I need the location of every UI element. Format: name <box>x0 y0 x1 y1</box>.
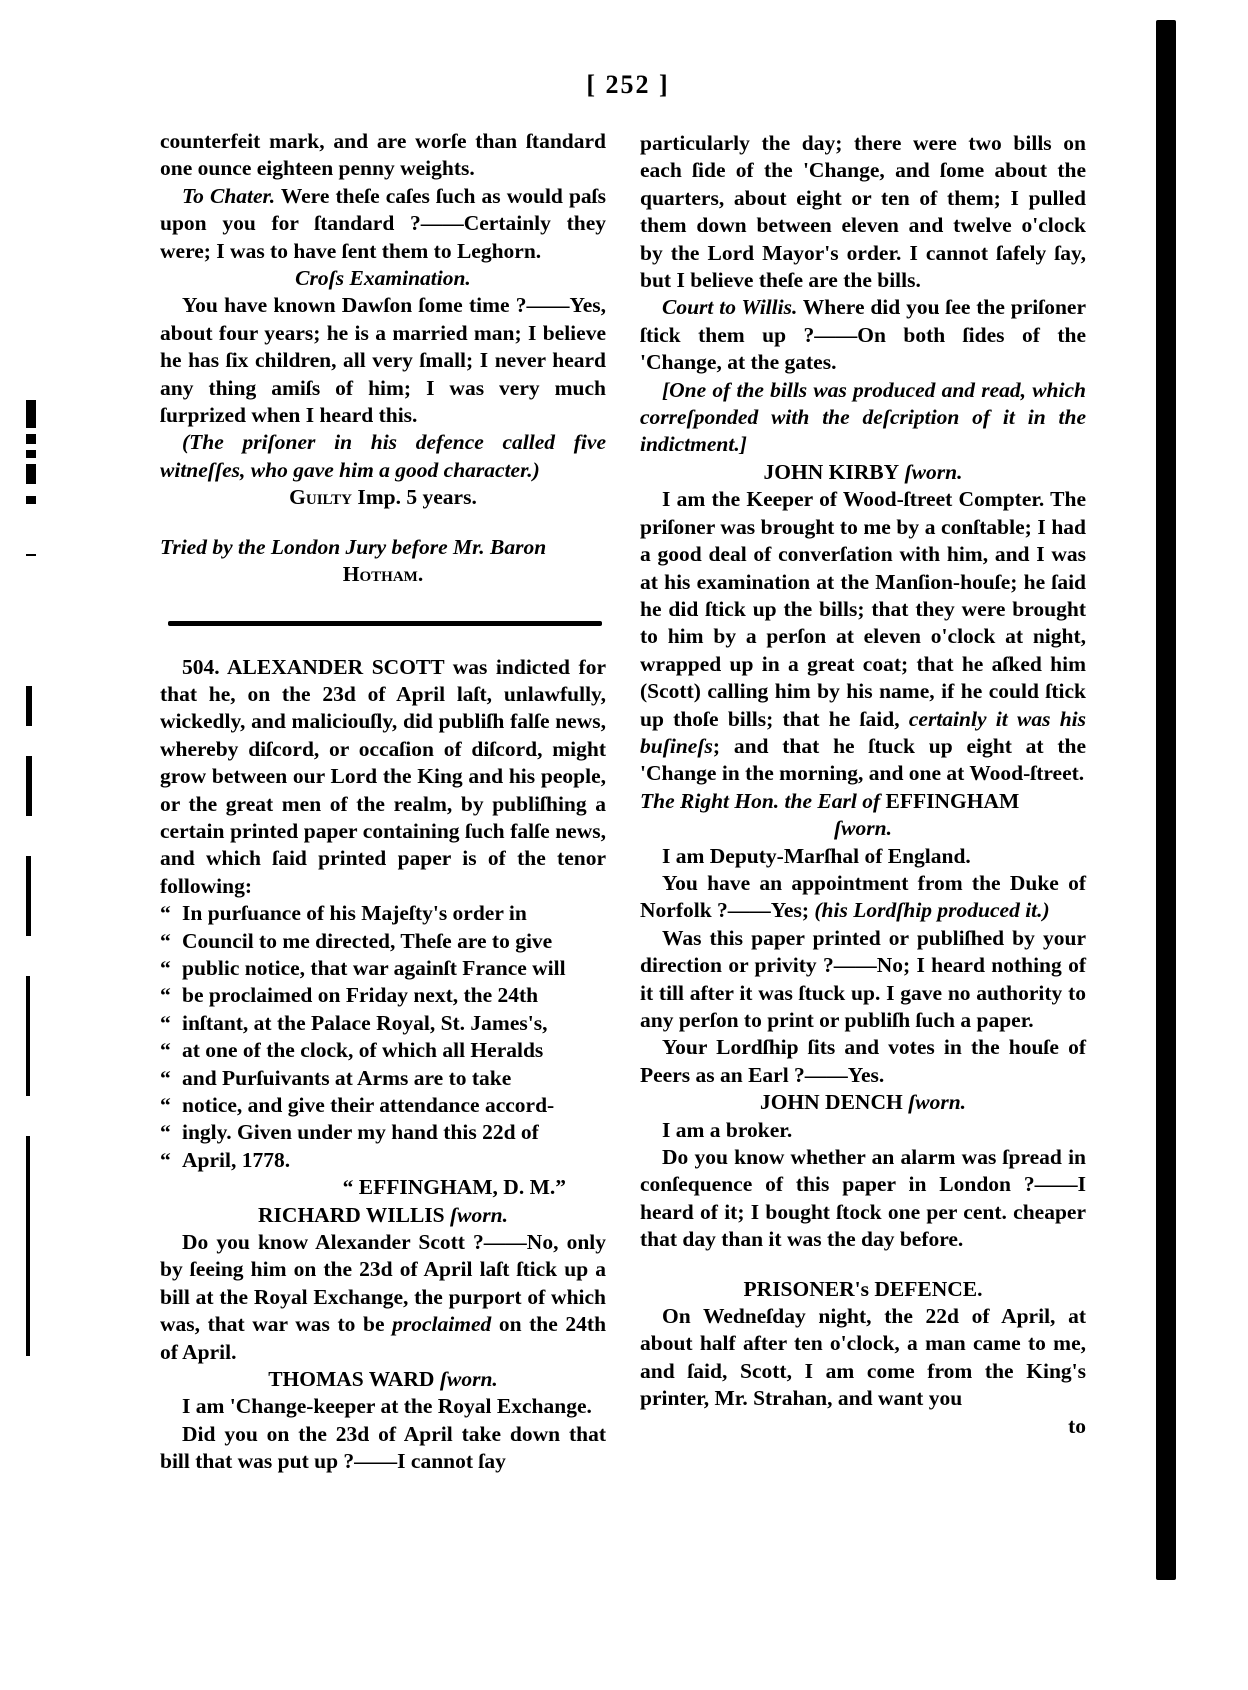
witness-heading-dench: JOHN DENCH ſworn. <box>640 1089 1086 1116</box>
paragraph-dench-2: Do you know whether an alarm was ſpread … <box>640 1144 1086 1254</box>
paragraph-effingham-2: You have an appointment from the Duke of… <box>640 870 1086 925</box>
verdict-guilty: Guilty <box>289 485 352 509</box>
paragraph-court-to-willis: Court to Willis. Where did you ſee the p… <box>640 294 1086 376</box>
paragraph-effingham-3: Was this paper printed or publiſhed by y… <box>640 925 1086 1035</box>
quote-line: “be proclaimed on Friday next, the 24th <box>160 982 606 1009</box>
paragraph-bill-produced: [One of the bills was produced and read,… <box>640 377 1086 459</box>
quote-line: “inſtant, at the Palace Royal, St. James… <box>160 1010 606 1037</box>
quote-line: “notice, and give their attendance accor… <box>160 1092 606 1119</box>
quote-line: “public notice, that war againſt France … <box>160 955 606 982</box>
prisoners-defence-heading: PRISONER's DEFENCE. <box>640 1276 1086 1303</box>
left-column: counterfeit mark, and are worſe than ſta… <box>160 128 606 1476</box>
paragraph-witnesses: (The priſoner in his defence called five… <box>160 429 606 484</box>
witness-heading-kirby: JOHN KIRBY ſworn. <box>640 459 1086 486</box>
quoted-proclamation: “In purſuance of his Majeſty's order in … <box>160 900 606 1174</box>
paragraph-ward-1: I am 'Change-keeper at the Royal Exchang… <box>160 1393 606 1420</box>
paragraph-ward-2: Did you on the 23d of April take down th… <box>160 1421 606 1476</box>
paragraph-effingham-4: Your Lordſhip ſits and votes in the houſ… <box>640 1034 1086 1089</box>
page-number: [ 252 ] <box>568 70 688 100</box>
quote-line: “ingly. Given under my hand this 22d of <box>160 1119 606 1146</box>
witness-heading-ward: THOMAS WARD ſworn. <box>160 1366 606 1393</box>
page-edge-bar <box>1156 20 1176 1580</box>
speaker-label: To Chater. <box>182 184 275 208</box>
proclamation-signature: “ EFFINGHAM, D. M.” <box>160 1174 606 1201</box>
witness-sworn-effingham: ſworn. <box>640 815 1086 842</box>
verdict: Guilty Imp. 5 years. <box>160 484 606 511</box>
verdict-sentence: Imp. 5 years. <box>352 485 477 509</box>
cross-examination-heading: Croſs Examination. <box>160 265 606 292</box>
tried-by-line: Tried by the London Jury before Mr. Baro… <box>160 534 606 561</box>
binding-marks <box>26 400 46 1362</box>
paragraph-willis: Do you know Alexander Scott ?——No, only … <box>160 1229 606 1366</box>
case-504-intro: 504. ALEXANDER SCOTT was indicted for th… <box>160 654 606 901</box>
quote-line: “April, 1778. <box>160 1147 606 1174</box>
witness-heading-effingham: The Right Hon. the Earl of EFFINGHAM <box>640 788 1086 815</box>
section-rule <box>168 621 602 626</box>
paragraph-defence: On Wedneſday night, the 22d of April, at… <box>640 1303 1086 1413</box>
quote-line: “at one of the clock, of which all Heral… <box>160 1037 606 1064</box>
quote-line: “In purſuance of his Majeſty's order in <box>160 900 606 927</box>
quote-line: “and Purſuivants at Arms are to take <box>160 1065 606 1092</box>
paragraph-to-chater: To Chater. Were theſe caſes ſuch as woul… <box>160 183 606 265</box>
speaker-label: Court to Willis. <box>662 295 797 319</box>
judge-name: Hotham. <box>160 561 606 588</box>
paragraph-kirby: I am the Keeper of Wood-ſtreet Compter. … <box>640 486 1086 787</box>
paragraph-effingham-1: I am Deputy-Marſhal of England. <box>640 843 1086 870</box>
catchword: to <box>640 1413 1086 1440</box>
paragraph-counterfeit: counterfeit mark, and are worſe than ſta… <box>160 128 606 183</box>
paragraph-ward-continued: particularly the day; there were two bil… <box>640 130 1086 294</box>
witness-heading-willis: RICHARD WILLIS ſworn. <box>160 1202 606 1229</box>
paragraph-dench-1: I am a broker. <box>640 1117 1086 1144</box>
quote-line: “Council to me directed, Theſe are to gi… <box>160 928 606 955</box>
paragraph-dawson: You have known Dawſon ſome time ?——Yes, … <box>160 292 606 429</box>
right-column: particularly the day; there were two bil… <box>640 130 1086 1440</box>
